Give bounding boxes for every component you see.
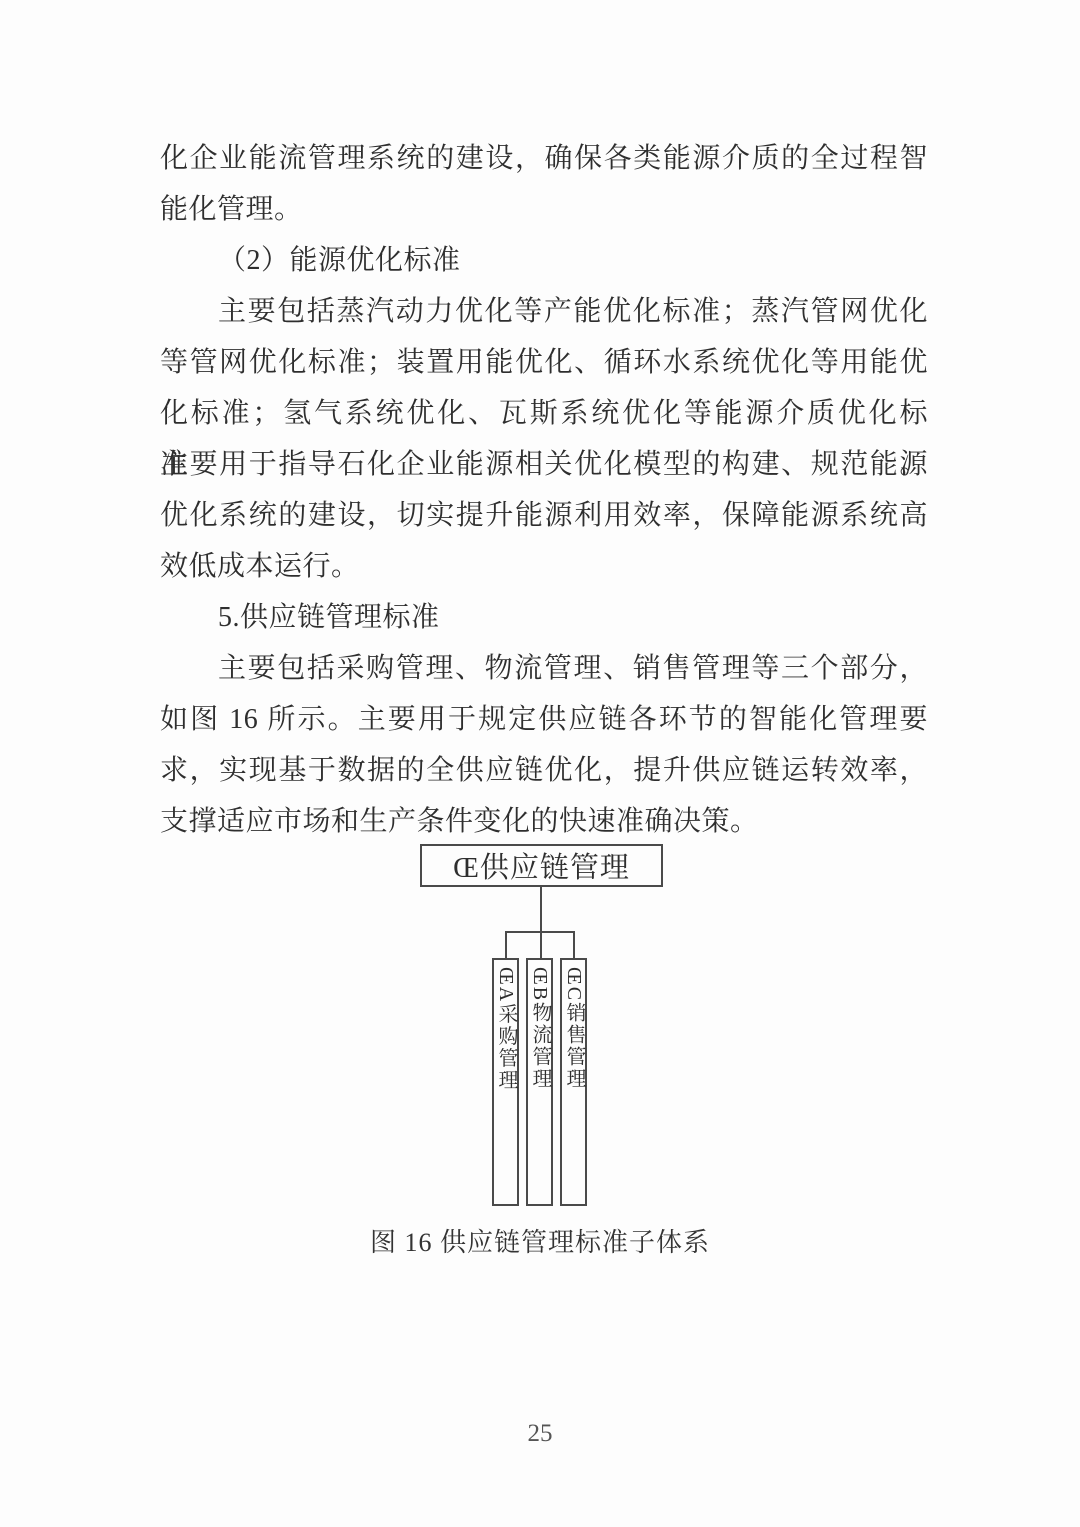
section-heading-energy-optimization: （2）能源优化标准 (160, 235, 928, 286)
body-line: 等管网优化标准；装置用能优化、循环水系统优化等用能优 (160, 337, 928, 388)
diagram-child-box-procurement: ŒA采购管理 (492, 958, 519, 1206)
figure-caption: 图 16 供应链管理标准子体系 (0, 1222, 1080, 1259)
body-line: 化标准；氢气系统优化、瓦斯系统优化等能源介质优化标准。 (160, 388, 928, 439)
body-line: 化企业能流管理系统的建设，确保各类能源介质的全过程智 (160, 133, 928, 184)
page-number: 25 (0, 1420, 1080, 1448)
connector-line-vertical-center (540, 887, 542, 958)
body-line: 效低成本运行。 (160, 541, 928, 592)
body-line: 主要用于指导石化企业能源相关优化模型的构建、规范能源 (160, 439, 928, 490)
body-line: 能化管理。 (160, 184, 928, 235)
section-heading-supply-chain: 5.供应链管理标准 (160, 592, 928, 643)
body-line: 主要包括蒸汽动力优化等产能优化标准；蒸汽管网优化 (160, 286, 928, 337)
document-page: 化企业能流管理系统的建设，确保各类能源介质的全过程智 能化管理。 （2）能源优化… (0, 0, 1080, 1527)
connector-line-vertical-right (573, 931, 575, 958)
diagram-child-box-sales: ŒC销售管理 (560, 958, 587, 1206)
diagram-child-box-logistics: ŒB物流管理 (526, 958, 553, 1206)
body-line: 如图 16 所示。主要用于规定供应链各环节的智能化管理要 (160, 694, 928, 745)
body-line: 支撑适应市场和生产条件变化的快速准确决策。 (160, 796, 928, 847)
body-line: 求，实现基于数据的全供应链优化，提升供应链运转效率， (160, 745, 928, 796)
body-text: 化企业能流管理系统的建设，确保各类能源介质的全过程智 能化管理。 （2）能源优化… (160, 133, 928, 847)
connector-line-vertical-left (505, 931, 507, 958)
diagram-root-box: Œ供应链管理 (420, 844, 663, 887)
connector-line-horizontal (505, 931, 575, 933)
body-line: 优化系统的建设，切实提升能源利用效率，保障能源系统高 (160, 490, 928, 541)
body-line: 主要包括采购管理、物流管理、销售管理等三个部分， (160, 643, 928, 694)
